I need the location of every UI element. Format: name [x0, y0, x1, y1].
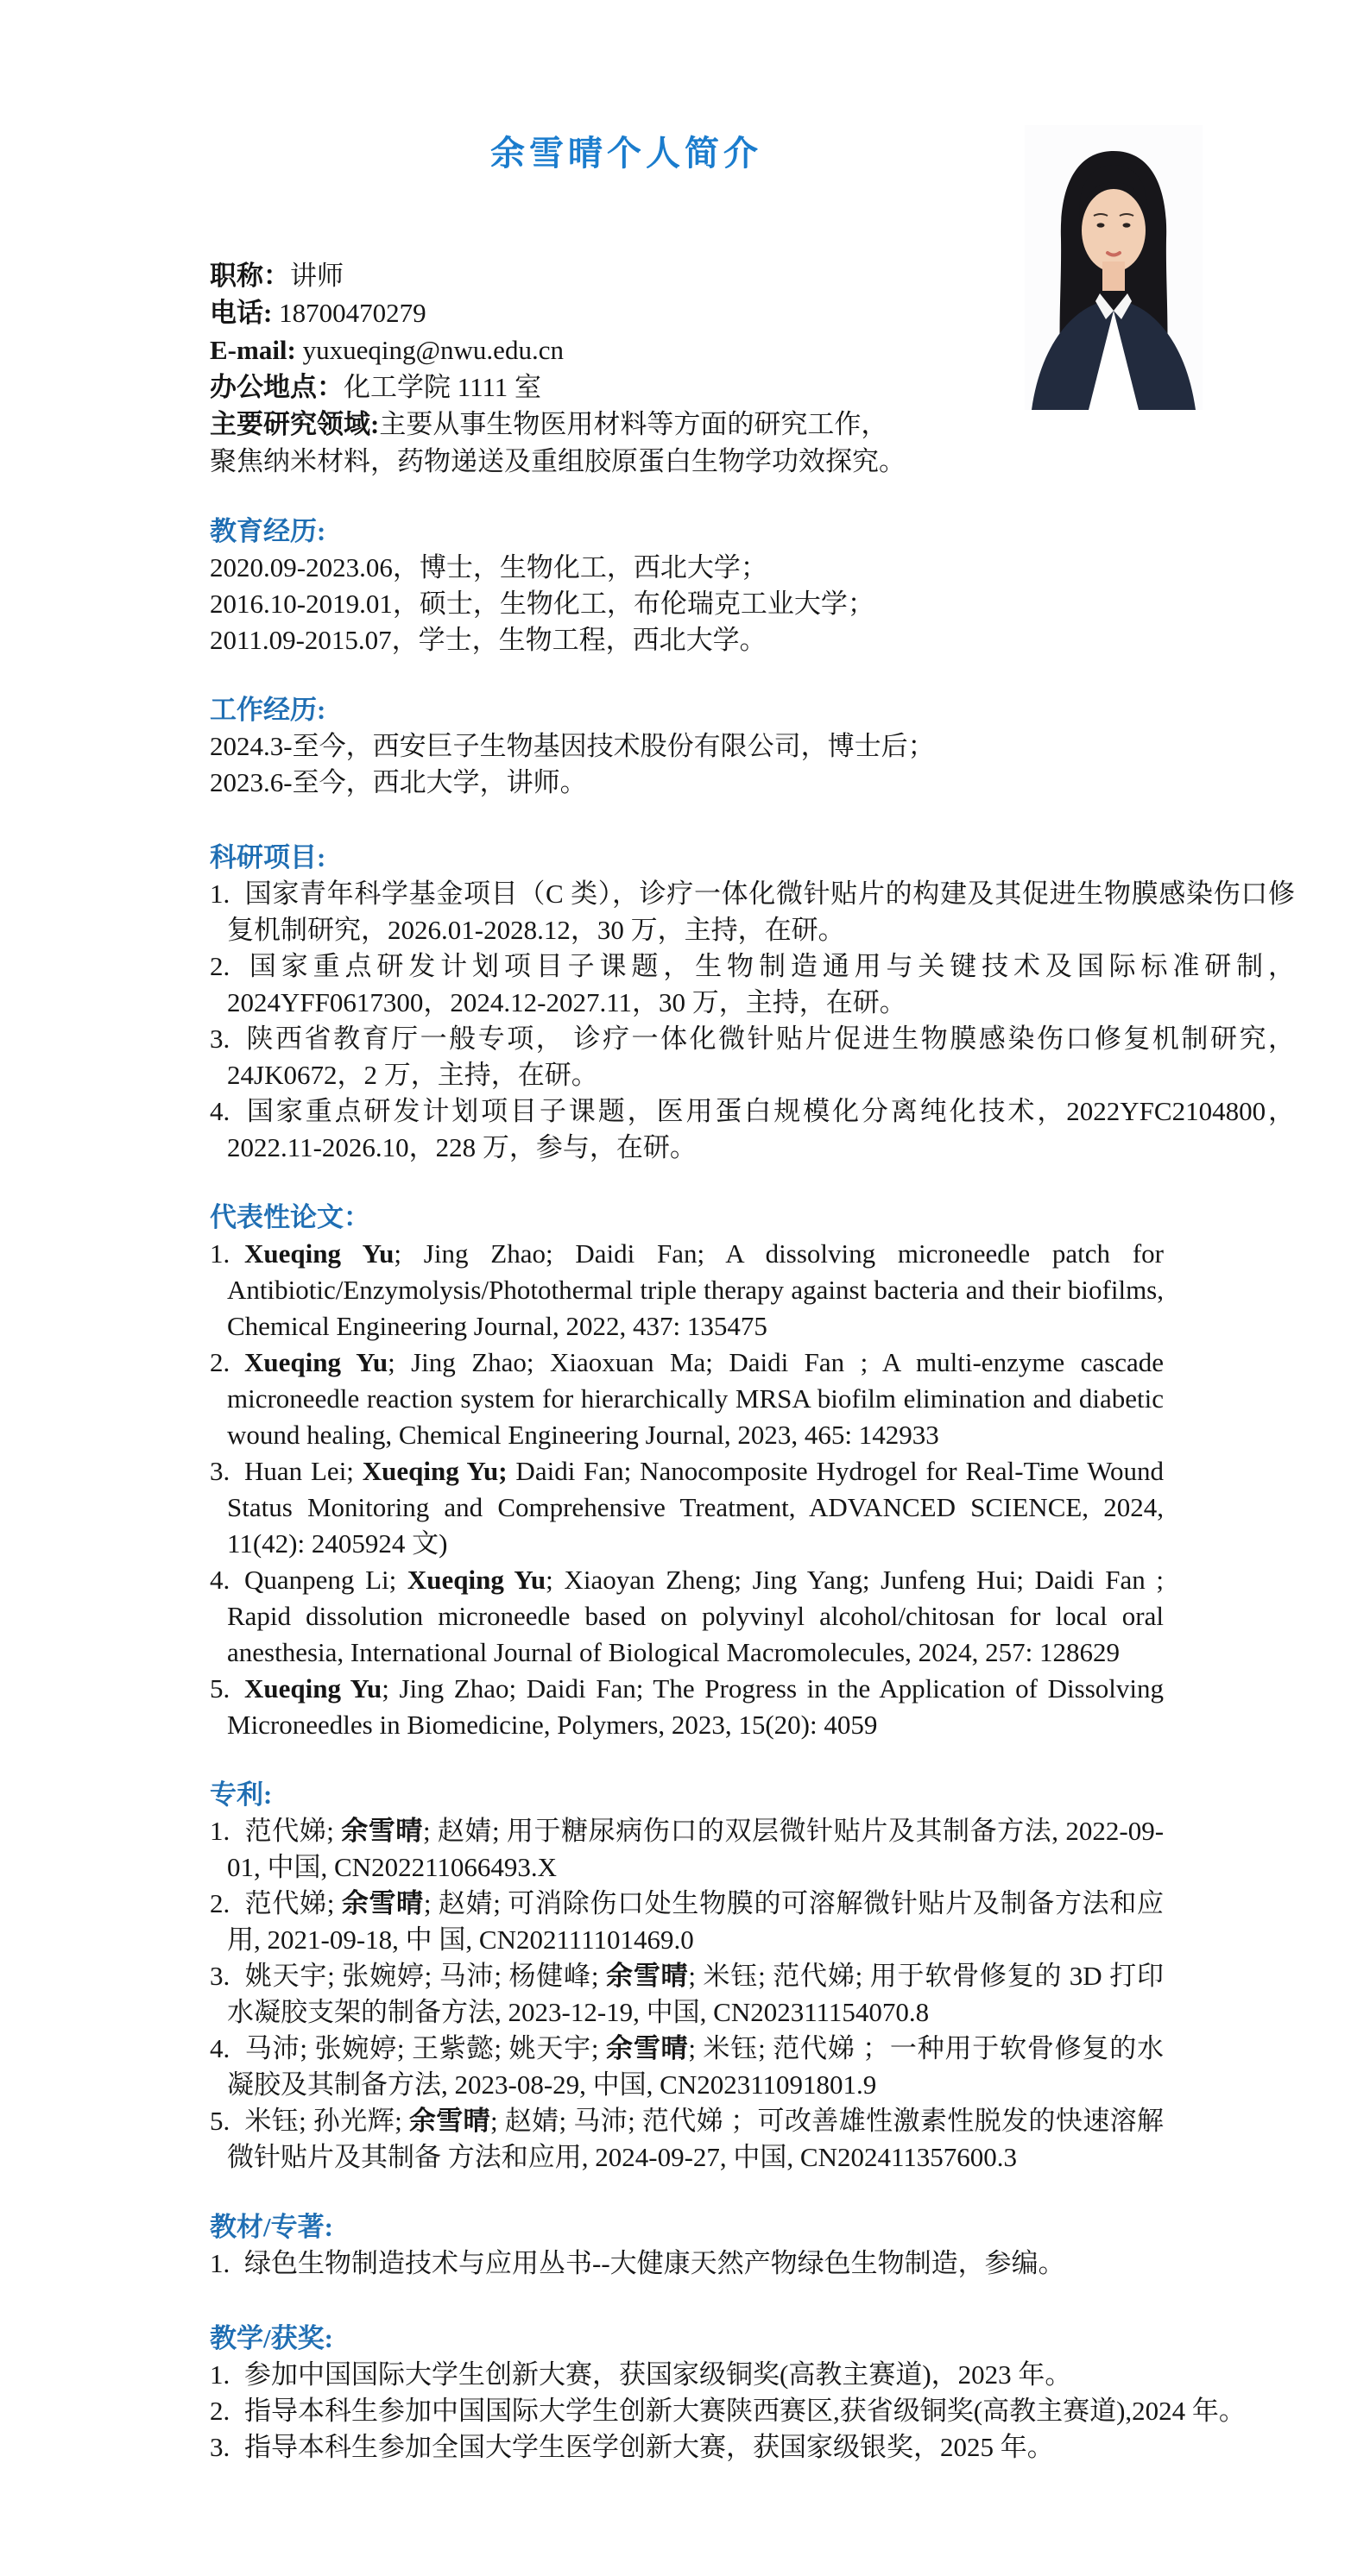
item-number: 2. — [210, 1345, 230, 1381]
section-papers: 代表性论文： 1.Xueqing Yu; Jing Zhao; Daidi Fa… — [210, 1199, 1164, 1743]
item-text: 陕西省教育厅一般专项， 诊疗一体化微针贴片促进生物膜感染伤口修复机制研究，24J… — [227, 1023, 1295, 1090]
section-books: 教材/专著: 1.绿色生物制造技术与应用丛书--大健康天然产物绿色生物制造，参编… — [210, 2208, 1164, 2282]
contact-line-office: 办公地点：化工学院 1111 室 — [210, 368, 969, 406]
list-item: 2.范代娣; 余雪晴; 赵婧; 可消除伤口处生物膜的可溶解微针贴片及制备方法和应… — [210, 1886, 1164, 1958]
page-title: 余雪晴个人简介 — [210, 129, 1043, 178]
list-item: 1.绿色生物制造技术与应用丛书--大健康天然产物绿色生物制造，参编。 — [210, 2245, 1164, 2282]
list-item: 2.指导本科生参加中国国际大学生创新大赛陕西赛区,获省级铜奖(高教主赛道),20… — [210, 2393, 1284, 2429]
section-patents: 专利: 1.范代娣; 余雪晴; 赵婧; 用于糖尿病伤口的双层微针贴片及其制备方法… — [210, 1776, 1164, 2176]
item-number: 3. — [210, 1958, 230, 1994]
list-item: 2.国家重点研发计划项目子课题，生物制造通用与关键技术及国际标准研制，2024Y… — [210, 948, 1295, 1021]
item-text: Xueqing Yu; Jing Zhao; Daidi Fan; The Pr… — [227, 1673, 1164, 1740]
item-text: 米钰; 孙光辉; 余雪晴; 赵婧; 马沛; 范代娣 ；可改善雄性激素性脱发的快速… — [227, 2106, 1164, 2172]
section-heading: 代表性论文： — [210, 1199, 1164, 1236]
list-item: 3.姚天宇; 张婉婷; 马沛; 杨健峰; 余雪晴; 米钰; 范代娣; 用于软骨修… — [210, 1958, 1164, 2031]
section-heading: 专利: — [210, 1776, 1164, 1813]
contact-line-phone: 电话: 18700470279 — [210, 294, 969, 331]
item-number: 3. — [210, 1021, 230, 1057]
item-text: 范代娣; 余雪晴; 赵婧; 可消除伤口处生物膜的可溶解微针贴片及制备方法和应用,… — [227, 1888, 1164, 1955]
section-work: 工作经历: 2024.3-至今，西安巨子生物基因技术股份有限公司，博士后； 20… — [210, 691, 1164, 801]
item-number: 1. — [210, 876, 230, 912]
list-item: 2.Xueqing Yu; Jing Zhao; Xiaoxuan Ma; Da… — [210, 1345, 1164, 1453]
section-heading: 科研项目: — [210, 839, 1295, 876]
contact-line-email: E-mail: yuxueqing@nwu.edu.cn — [210, 331, 969, 368]
item-text: Huan Lei; Xueqing Yu; Daidi Fan; Nanocom… — [227, 1456, 1164, 1559]
contact-value: 主要从事生物医用材料等方面的研究工作， — [379, 409, 887, 439]
item-number: 4. — [210, 1562, 230, 1598]
contact-value: 讲师 — [290, 261, 344, 291]
section-education: 教育经历: 2020.09-2023.06，博士，生物化工，西北大学； 2016… — [210, 513, 1164, 658]
item-text: 参加中国国际大学生创新大赛，获国家级铜奖(高教主赛道)，2023 年。 — [244, 2359, 1071, 2390]
item-number: 1. — [210, 1813, 230, 1849]
list-item: 1.范代娣; 余雪晴; 赵婧; 用于糖尿病伤口的双层微针贴片及其制备方法, 20… — [210, 1813, 1164, 1886]
section-projects: 科研项目: 1.国家青年科学基金项目（C 类），诊疗一体化微针贴片的构建及其促进… — [210, 839, 1295, 1166]
item-number: 4. — [210, 2031, 230, 2067]
item-number: 2. — [210, 2393, 230, 2429]
list-item: 3.Huan Lei; Xueqing Yu; Daidi Fan; Nanoc… — [210, 1453, 1164, 1562]
item-text: 范代娣; 余雪晴; 赵婧; 用于糖尿病伤口的双层微针贴片及其制备方法, 2022… — [227, 1816, 1164, 1882]
item-number: 3. — [210, 2429, 230, 2466]
list-item: 3.指导本科生参加全国大学生医学创新大赛，获国家级银奖，2025 年。 — [210, 2429, 1284, 2466]
contact-label: E-mail: — [210, 335, 303, 365]
section-heading: 教材/专著: — [210, 2208, 1164, 2245]
section-heading: 工作经历: — [210, 691, 1164, 728]
contact-line-title: 职称：讲师 — [210, 257, 969, 294]
contact-value: 化工学院 1111 室 — [344, 372, 541, 402]
contact-block: 职称：讲师 电话: 18700470279 E-mail: yuxueqing@… — [210, 257, 969, 480]
item-number: 4. — [210, 1093, 230, 1130]
resume-page: 余雪晴个人简介 职称：讲师 电话: 18700470279 E-mail: yu… — [0, 0, 1370, 2576]
work-line: 2024.3-至今，西安巨子生物基因技术股份有限公司，博士后； — [210, 728, 1164, 765]
list-item: 5.米钰; 孙光辉; 余雪晴; 赵婧; 马沛; 范代娣 ；可改善雄性激素性脱发的… — [210, 2103, 1164, 2176]
education-line: 2011.09-2015.07，学士，生物工程，西北大学。 — [210, 622, 1164, 658]
contact-label: 电话: — [210, 298, 279, 328]
contact-label: 主要研究领域: — [210, 409, 379, 439]
education-line: 2016.10-2019.01，硕士，生物化工，布伦瑞克工业大学； — [210, 586, 1164, 622]
list-item: 3.陕西省教育厅一般专项， 诊疗一体化微针贴片促进生物膜感染伤口修复机制研究，2… — [210, 1021, 1295, 1093]
portrait-image — [1025, 125, 1203, 410]
item-number: 1. — [210, 2357, 230, 2393]
item-text: 马沛; 张婉婷; 王紫懿; 姚天宇; 余雪晴; 米钰; 范代娣 ；一种用于软骨修… — [227, 2033, 1164, 2100]
item-text: Xueqing Yu; Jing Zhao; Daidi Fan; A diss… — [227, 1238, 1164, 1341]
item-number: 5. — [210, 2103, 230, 2139]
contact-line-research: 主要研究领域:主要从事生物医用材料等方面的研究工作， — [210, 406, 969, 443]
item-text: Quanpeng Li; Xueqing Yu; Xiaoyan Zheng; … — [227, 1565, 1164, 1667]
list-item: 1.Xueqing Yu; Jing Zhao; Daidi Fan; A di… — [210, 1236, 1164, 1345]
item-number: 3. — [210, 1453, 230, 1490]
item-text: 绿色生物制造技术与应用丛书--大健康天然产物绿色生物制造，参编。 — [244, 2248, 1065, 2278]
item-number: 5. — [210, 1671, 230, 1707]
contact-label: 职称： — [210, 261, 290, 291]
item-text: 指导本科生参加中国国际大学生创新大赛陕西赛区,获省级铜奖(高教主赛道),2024… — [244, 2396, 1246, 2426]
contact-value: 18700470279 — [279, 298, 426, 328]
contact-line-research-cont: 聚焦纳米材料，药物递送及重组胶原蛋白生物学功效探究。 — [210, 443, 969, 480]
work-line: 2023.6-至今，西北大学，讲师。 — [210, 765, 1164, 801]
list-item: 1.参加中国国际大学生创新大赛，获国家级铜奖(高教主赛道)，2023 年。 — [210, 2357, 1284, 2393]
list-item: 4.马沛; 张婉婷; 王紫懿; 姚天宇; 余雪晴; 米钰; 范代娣 ；一种用于软… — [210, 2031, 1164, 2103]
item-number: 2. — [210, 1886, 230, 1922]
section-awards: 教学/获奖: 1.参加中国国际大学生创新大赛，获国家级铜奖(高教主赛道)，202… — [210, 2320, 1284, 2466]
item-text: 国家重点研发计划项目子课题，生物制造通用与关键技术及国际标准研制，2024YFF… — [227, 951, 1295, 1017]
item-number: 1. — [210, 1236, 230, 1272]
section-heading: 教育经历: — [210, 513, 1164, 550]
item-text: 国家青年科学基金项目（C 类），诊疗一体化微针贴片的构建及其促进生物膜感染伤口修… — [227, 879, 1295, 945]
list-item: 4.国家重点研发计划项目子课题，医用蛋白规模化分离纯化技术，2022YFC210… — [210, 1093, 1295, 1166]
item-number: 1. — [210, 2245, 230, 2282]
item-text: 姚天宇; 张婉婷; 马沛; 杨健峰; 余雪晴; 米钰; 范代娣; 用于软骨修复的… — [227, 1961, 1164, 2027]
item-text: 国家重点研发计划项目子课题，医用蛋白规模化分离纯化技术，2022YFC21048… — [227, 1096, 1295, 1162]
item-text: 指导本科生参加全国大学生医学创新大赛，获国家级银奖，2025 年。 — [244, 2432, 1054, 2462]
contact-value: 聚焦纳米材料，药物递送及重组胶原蛋白生物学功效探究。 — [210, 446, 906, 476]
education-line: 2020.09-2023.06，博士，生物化工，西北大学； — [210, 550, 1164, 586]
list-item: 5.Xueqing Yu; Jing Zhao; Daidi Fan; The … — [210, 1671, 1164, 1743]
list-item: 4.Quanpeng Li; Xueqing Yu; Xiaoyan Zheng… — [210, 1562, 1164, 1671]
contact-label: 办公地点： — [210, 372, 344, 402]
contact-value: yuxueqing@nwu.edu.cn — [303, 335, 564, 365]
item-text: Xueqing Yu; Jing Zhao; Xiaoxuan Ma; Daid… — [227, 1347, 1164, 1450]
section-heading: 教学/获奖: — [210, 2320, 1284, 2357]
item-number: 2. — [210, 948, 230, 985]
profile-photo — [1025, 125, 1203, 410]
list-item: 1.国家青年科学基金项目（C 类），诊疗一体化微针贴片的构建及其促进生物膜感染伤… — [210, 876, 1295, 948]
